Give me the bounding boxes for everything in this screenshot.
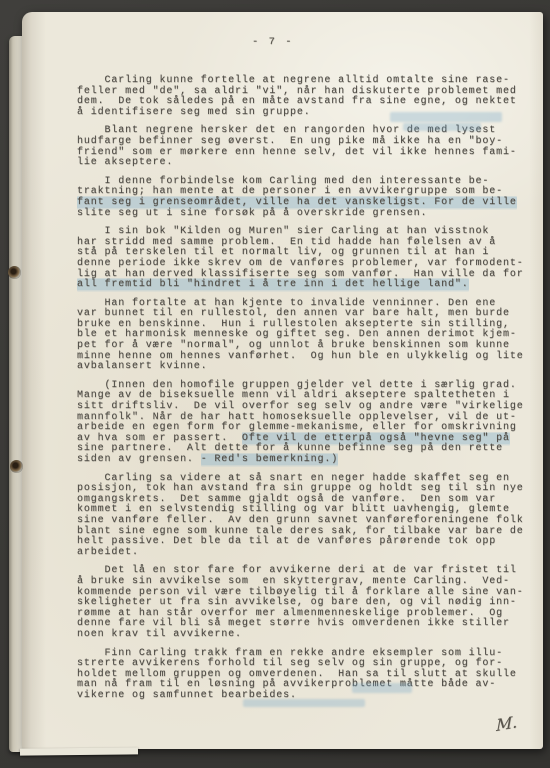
page-number: - 7 - [252, 36, 294, 48]
highlighted-text: - Red's bemerkning.) [201, 454, 338, 465]
highlighted-text: fant seg i grenseområdet, ville ha det v… [77, 197, 517, 208]
handwritten-initial: M. [496, 712, 517, 735]
text-line: all fremtid bli "hindret i å tre inn i d… [77, 280, 537, 291]
paragraph: Det lå en stor fare for avvikerne deri a… [77, 566, 537, 640]
underlying-page-edge [20, 747, 138, 755]
text-line: å identifisere seg med sin gruppe. [77, 108, 537, 119]
text-line: noen krav til avvikerne. [77, 630, 537, 641]
text-line: å bruke sin avvikelse som en skyttergrav… [77, 577, 537, 588]
paragraph: Carling sa videre at så snart en neger h… [77, 474, 537, 559]
highlighted-text: all fremtid bli "hindret i å tre inn i d… [77, 279, 469, 290]
paragraph: Blant negrene hersker det en rangorden h… [77, 126, 537, 168]
text-line: hudfarge befinner seg øverst. En ung pik… [77, 137, 537, 148]
document-page: - 7 - Carling kunne fortelle at negrene … [22, 12, 543, 749]
text-body: Carling kunne fortelle at negrene alltid… [77, 76, 537, 709]
text-line: slite seg ut i sine forsøk på å overskri… [77, 209, 537, 220]
scan-background: - 7 - Carling kunne fortelle at negrene … [0, 0, 550, 768]
paragraph: I denne forbindelse kom Carling med den … [77, 177, 537, 219]
punch-hole-top [8, 266, 21, 279]
text-line: siden av grensen. - Red's bemerkning.) [77, 455, 537, 466]
text-line: arbeidet. [77, 548, 537, 559]
paragraph: Han fortalte at han kjente to invalide v… [77, 299, 537, 373]
text-line: fant seg i grenseområdet, ville ha det v… [77, 198, 537, 209]
text-line: denne periode ikke skrev om de vanføres … [77, 259, 537, 270]
paragraph: I sin bok "Kilden og Muren" sier Carling… [77, 227, 537, 291]
text-line: helt passive. Det ble da til at de vanfø… [77, 537, 537, 548]
paragraph: Finn Carling trakk fram en rekke andre e… [77, 649, 537, 702]
text-line: lie akseptere. [77, 158, 537, 169]
text-segment: siden av grensen. [77, 454, 201, 465]
punch-hole-bottom [10, 460, 23, 473]
text-line: avbalansert kvinne. [77, 362, 537, 373]
text-line: Carling kunne fortelle at negrene alltid… [77, 76, 537, 87]
text-line: sine vanføre feller. Av den grunn savnet… [77, 516, 537, 527]
paragraph: Carling kunne fortelle at negrene alltid… [77, 76, 537, 118]
text-line: vikerne og samfunnet bearbeides. [77, 691, 537, 702]
paragraph: (Innen den homofile gruppen gjelder vel … [77, 381, 537, 466]
